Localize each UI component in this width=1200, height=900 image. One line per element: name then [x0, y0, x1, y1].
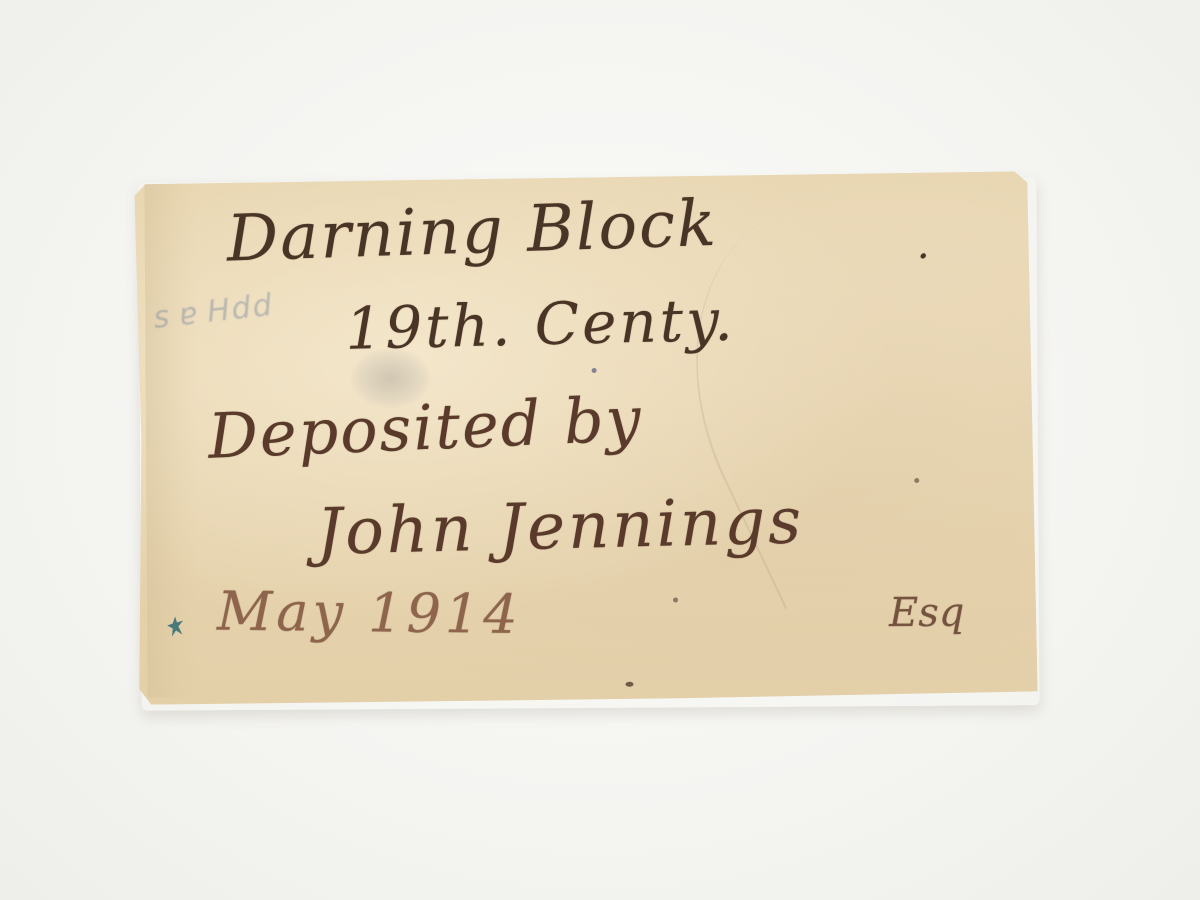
- paper-fold-strip: [144, 182, 199, 697]
- label-date: May 1914: [217, 580, 522, 646]
- ink-speck: [592, 368, 597, 373]
- label-esq-suffix: Esq: [889, 590, 965, 636]
- label-deposited-by: Deposited by: [207, 382, 644, 473]
- ink-speck: [625, 682, 633, 687]
- ink-speck: [673, 597, 678, 602]
- label-title-period: .: [917, 222, 930, 268]
- ink-speck: [914, 478, 919, 483]
- label-title: Darning Block: [226, 187, 719, 277]
- label-century: 19th. Centy.: [345, 286, 737, 363]
- museum-label-card: s ɐ Hdd Darning Block . 19th. Centy. Dep…: [134, 169, 1037, 704]
- label-depositor-name: John Jennings: [316, 484, 805, 569]
